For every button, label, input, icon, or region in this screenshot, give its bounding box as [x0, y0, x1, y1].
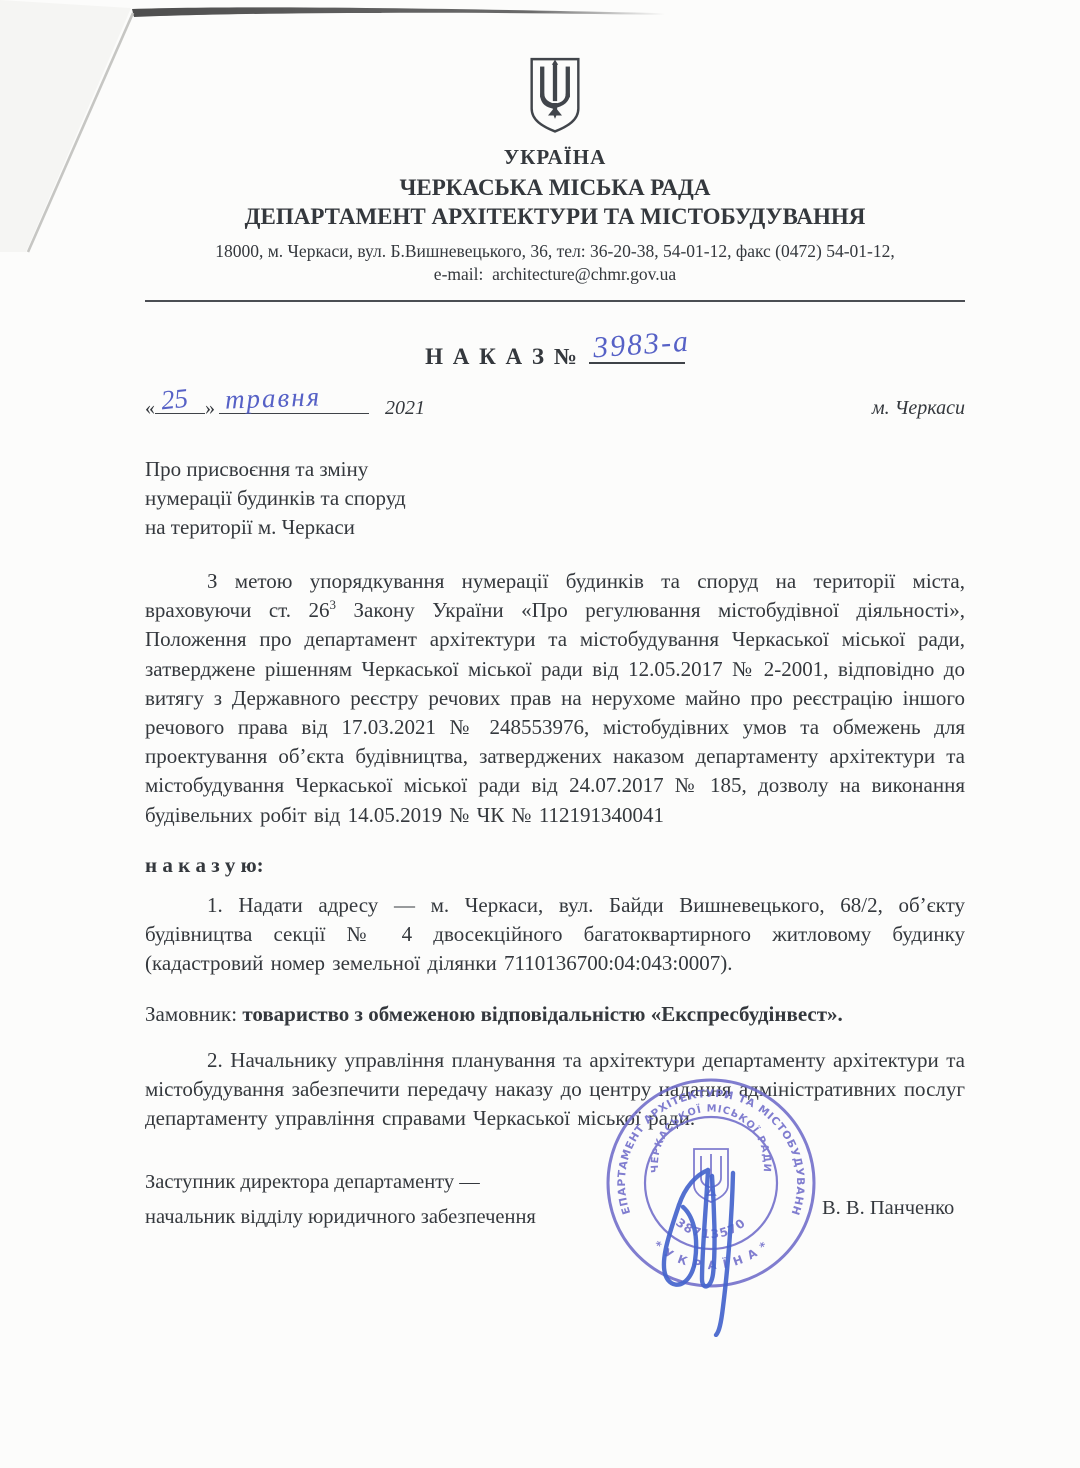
intro-paragraph: З метою упорядкування нумерації будинків…: [145, 567, 965, 830]
month-handwritten: травня: [224, 381, 321, 415]
order-item-2: 2. Начальнику управління планування та а…: [145, 1046, 965, 1134]
letterhead: УКРАЇНА ЧЕРКАСЬКА МІСЬКА РАДА ДЕПАРТАМЕН…: [145, 56, 965, 285]
country-title: УКРАЇНА: [145, 145, 965, 170]
signatory-position: Заступник директора департаменту — начал…: [145, 1165, 536, 1236]
order-number-handwritten: 3983-а: [592, 325, 691, 366]
email-line: e-mail: architecture@chmr.gov.ua: [145, 264, 965, 285]
day-handwritten: 25: [159, 383, 189, 417]
year-printed: 2021: [385, 397, 425, 419]
customer-label: Замовник:: [145, 1002, 242, 1026]
order-subject: Про присвоєння та зміну нумерації будинк…: [145, 455, 965, 542]
official-stamp-icon: ДЕПАРТАМЕНТ АРХІТЕКТУРИ ТА МІСТОБУДУВАНН…: [595, 1075, 827, 1337]
ukraine-trident-emblem-icon: [527, 56, 583, 135]
scanned-document-page: УКРАЇНА ЧЕРКАСЬКА МІСЬКА РАДА ДЕПАРТАМЕН…: [0, 0, 1080, 1468]
letterhead-divider: [145, 300, 965, 302]
order-title-row: Н А К А З №3983-а: [145, 344, 965, 370]
department-title: ДЕПАРТАМЕНТ АРХІТЕКТУРИ ТА МІСТОБУДУВАНН…: [145, 204, 965, 230]
intro-text-2: Закону України «Про регулювання містобуд…: [145, 598, 965, 826]
fold-top-shadow: [132, 7, 665, 17]
order-title-label: Н А К А З №: [425, 344, 579, 369]
order-item-1: 1. Надати адресу — м. Черкаси, вул. Байд…: [145, 891, 965, 979]
open-guillemet: «: [145, 397, 155, 419]
signatory-position-line2: начальник відділу юридичного забезпеченн…: [145, 1200, 536, 1235]
customer-value: товариство з обмеженою відповідальністю …: [242, 1002, 842, 1026]
date-row: «25»травня2021 м. Черкаси: [145, 397, 965, 420]
signatory-position-line1: Заступник директора департаменту —: [145, 1165, 536, 1200]
document-content: УКРАЇНА ЧЕРКАСЬКА МІСЬКА РАДА ДЕПАРТАМЕН…: [0, 56, 1080, 1133]
trident-glyph: [540, 60, 570, 119]
council-title: ЧЕРКАСЬКА МІСЬКА РАДА: [145, 175, 965, 201]
day-underline: 25: [155, 410, 205, 414]
order-number-underline: 3983-а: [589, 358, 685, 364]
order-verb: н а к а з у ю:: [145, 851, 965, 880]
close-guillemet: »: [205, 397, 215, 419]
issue-city: м. Черкаси: [872, 397, 965, 420]
date-left: «25»травня2021: [145, 397, 425, 420]
month-underline: травня: [219, 410, 369, 414]
customer-line: Замовник: товариство з обмеженою відпові…: [145, 1000, 965, 1029]
address-line: 18000, м. Черкаси, вул. Б.Вишневецького,…: [145, 241, 965, 262]
signatory-name: В. В. Панченко: [822, 1197, 954, 1220]
